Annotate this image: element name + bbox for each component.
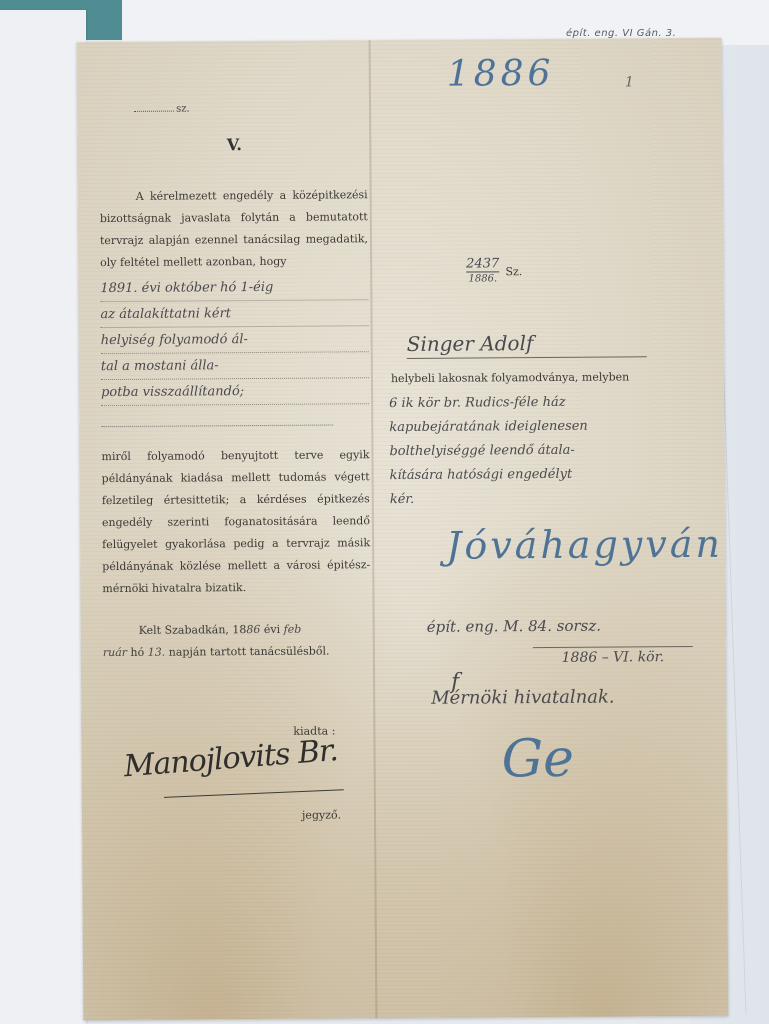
number-suffix: sz. (176, 103, 190, 114)
ho-label: hó (130, 646, 144, 659)
registry-number: 2437 1886. Sz. (466, 257, 522, 286)
office-note: Mérnöki hivatalnak. (431, 687, 615, 709)
number-blank (134, 111, 174, 112)
dotted-separator (101, 424, 333, 427)
decision-text: A kérelmezett engedély a középitkezési b… (100, 184, 369, 274)
request-line: 6 ik kör br. Rudics-féle ház (389, 390, 689, 416)
request-line: kér. (390, 486, 690, 512)
signature-flourish (164, 789, 344, 798)
notary-label: jegyző. (302, 808, 341, 821)
year-handwritten: 86 (246, 623, 260, 636)
building-permit-reference: épít. eng. M. 84. sorsz. (427, 617, 601, 636)
applicant-description: helybeli lakosnak folyamodványa, melyben (391, 370, 629, 385)
initials: Ge (501, 729, 574, 790)
notification-paragraph: miről folyamodó benyujtott terve egyik p… (101, 444, 370, 600)
condition-line: tal a mostani álla- (101, 352, 369, 380)
applicant-name: Singer Adolf (407, 330, 647, 359)
number-field: sz. (134, 103, 190, 114)
notary-signature: Manojlovits Br. (123, 733, 339, 784)
condition-line: az átalakíttatni kért (100, 300, 368, 328)
registry-suffix: Sz. (505, 265, 522, 278)
page-number: 1 (625, 74, 634, 90)
date-prefix: Kelt Szabadkán, 18 (139, 623, 247, 637)
condition-line: helyiség folyamodó ál- (101, 326, 369, 354)
approval-stamp: Jóváhagyván (446, 522, 723, 568)
evi-label: évi (264, 623, 280, 636)
condition-line: 1891. évi október hó 1-éig (100, 274, 368, 302)
request-line: kapubejáratának ideiglenesen (389, 414, 689, 440)
background-paper-left (0, 10, 86, 1024)
month-handwritten: feb (284, 623, 302, 636)
year-header: 1886 (447, 53, 555, 95)
date-line: Kelt Szabadkán, 1886 évi feb ruár hó 13.… (103, 618, 371, 664)
building-permit-district: 1886 – VI. kör. (533, 646, 693, 666)
day-handwritten: 13. (148, 646, 166, 659)
condition-line: potba visszaállítandó; (101, 378, 369, 406)
handwritten-condition: 1891. évi október hó 1-éig az átalakítta… (100, 274, 369, 406)
registry-number-value: 2437 (466, 257, 499, 272)
section-numeral: V. (99, 134, 369, 155)
request-line: bolthelyiséggé leendő átala- (389, 438, 689, 464)
registry-fraction: 2437 1886. (466, 257, 499, 286)
historical-document: sz. V. A kérelmezett engedély a középitk… (77, 38, 729, 1020)
request-text: 6 ik kör br. Rudics-féle ház kapubejárat… (389, 390, 690, 512)
month-handwritten-cont: ruár (103, 646, 127, 659)
request-line: kítására hatósági engedélyt (390, 462, 690, 488)
registry-year: 1886. (466, 272, 499, 286)
decision-paragraph: A kérelmezett engedély a középitkezési b… (100, 184, 369, 274)
date-suffix: napján tartott tanácsülésből. (169, 645, 330, 659)
